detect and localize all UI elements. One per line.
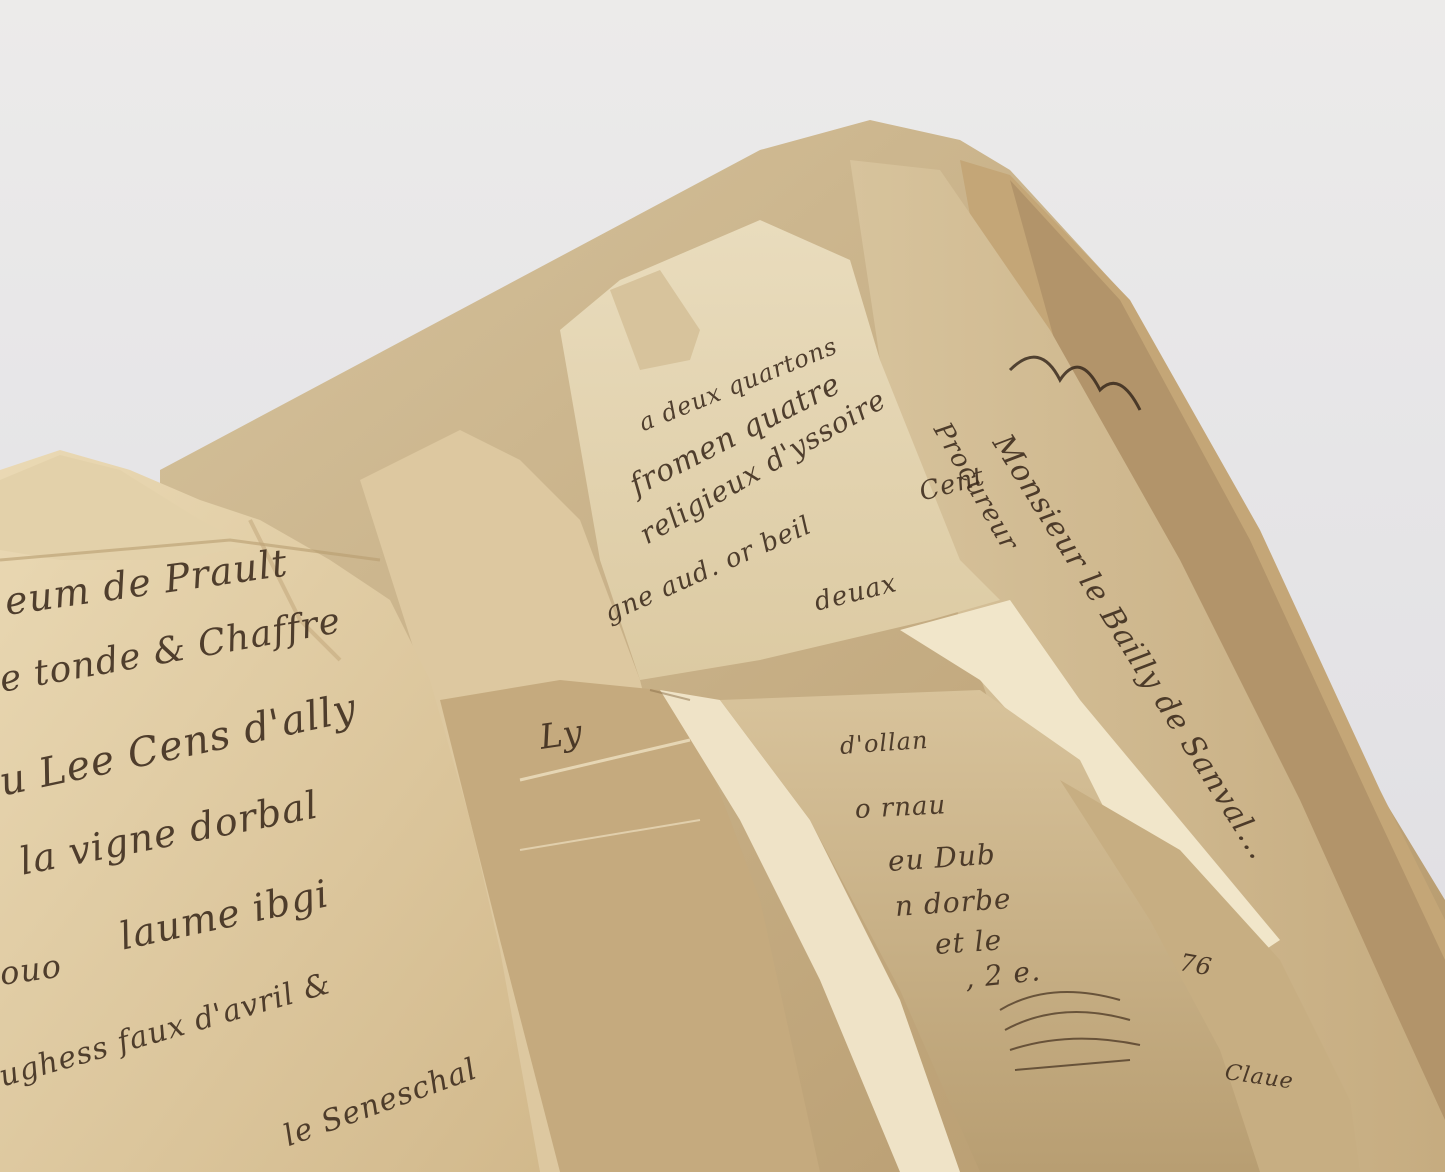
- lower-right-line-7: 76: [1178, 948, 1215, 981]
- manuscript-photo: a deux quartons fromen quatre religieux …: [0, 0, 1445, 1172]
- lower-right-line-2: o rnau: [854, 790, 947, 825]
- middle-fragment-line-1: Ly: [537, 712, 585, 758]
- lower-right-line-5: et le: [934, 923, 1003, 961]
